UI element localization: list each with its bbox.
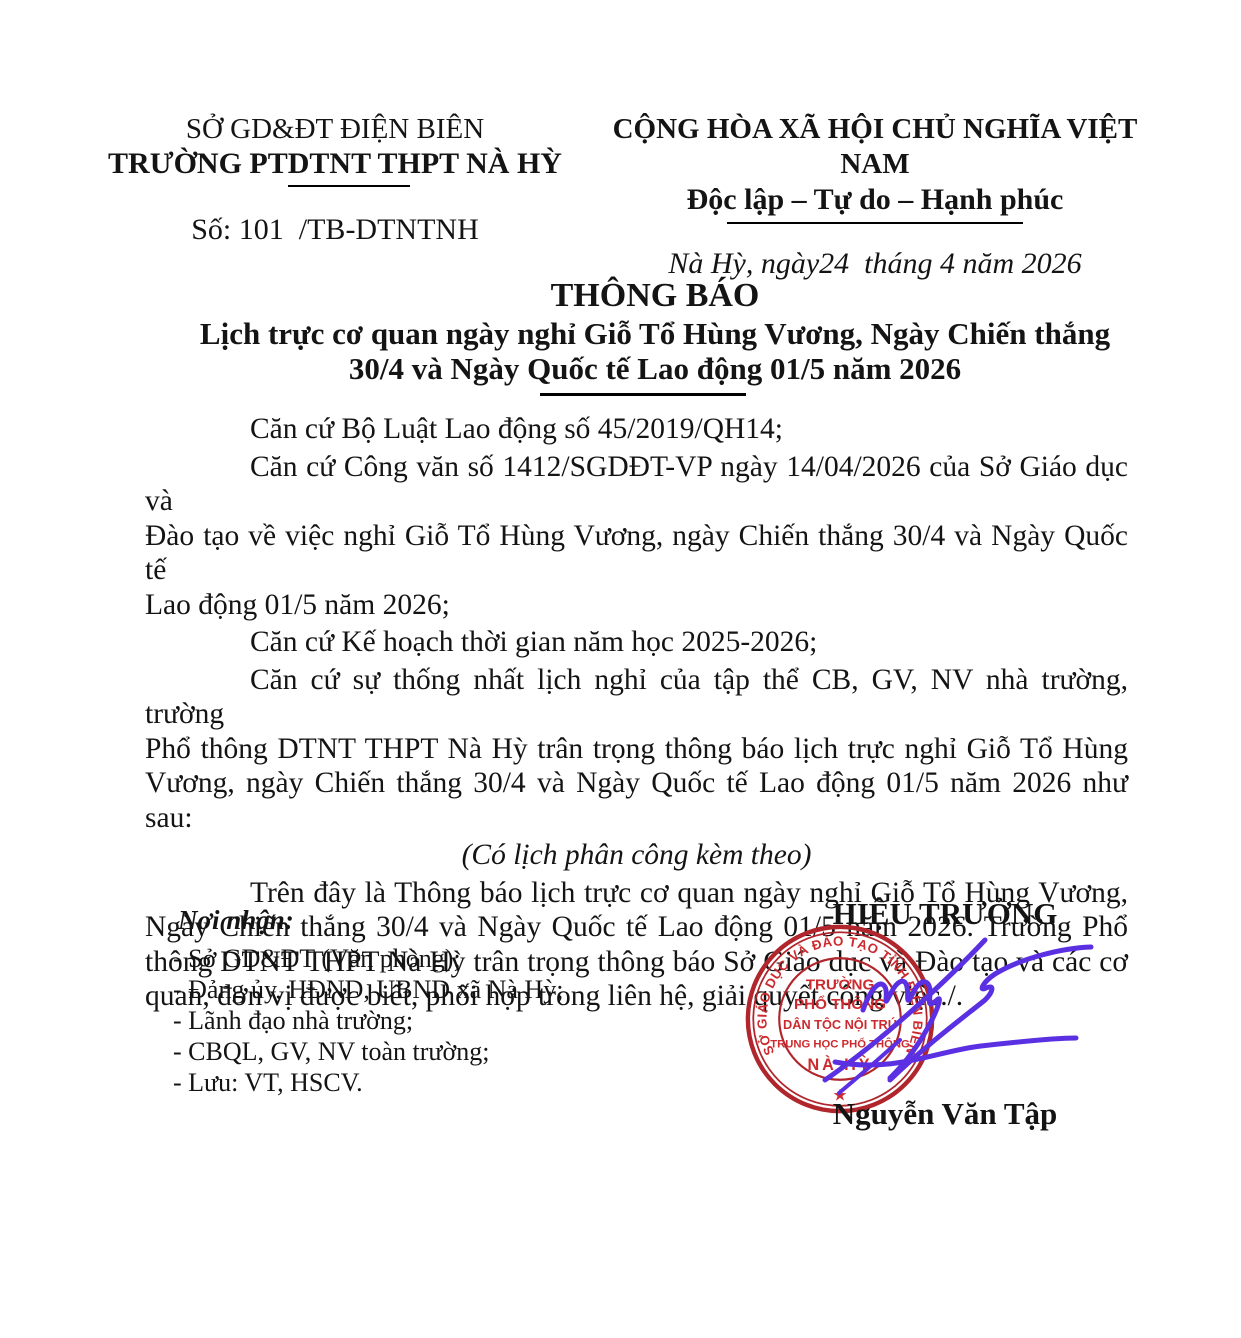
body-line: Căn cứ sự thống nhất lịch nghỉ của tập t… — [145, 663, 1128, 732]
paragraph: Căn cứ Kế hoạch thời gian năm học 2025-2… — [145, 625, 1128, 660]
recipients-label: Nơi nhận: — [178, 905, 563, 936]
body-line: Căn cứ Kế hoạch thời gian năm học 2025-2… — [145, 625, 1128, 660]
document-subtitle-line1: Lịch trực cơ quan ngày nghỉ Giỗ Tổ Hùng … — [160, 316, 1150, 351]
signer-name: Nguyễn Văn Tập — [770, 1096, 1120, 1132]
title-underline — [540, 393, 746, 396]
paragraph: Căn cứ sự thống nhất lịch nghỉ của tập t… — [145, 663, 1128, 836]
recipient-line: - Lưu: VT, HSCV. — [173, 1067, 563, 1098]
title-block: THÔNG BÁO Lịch trực cơ quan ngày nghỉ Gi… — [160, 276, 1150, 396]
document-number: Số: 101 /TB-DTNTNH — [100, 213, 570, 247]
body-line: Lao động 01/5 năm 2026; — [145, 588, 1128, 623]
country-motto-line1: CỘNG HÒA XÃ HỘI CHỦ NGHĨA VIỆT NAM — [585, 112, 1165, 182]
document-subtitle-line2: 30/4 và Ngày Quốc tế Lao động 01/5 năm 2… — [160, 351, 1150, 386]
country-motto-line2: Độc lập – Tự do – Hạnh phúc — [585, 182, 1165, 217]
school-name: TRƯỜNG PTDTNT THPT NÀ HỲ — [100, 146, 570, 181]
recipient-line: - Đảng ủy, HĐND, UBND xã Nà Hỳ; — [173, 974, 563, 1005]
body-line: (Có lịch phân công kèm theo) — [145, 838, 1128, 873]
body-line: Đào tạo về việc nghỉ Giỗ Tổ Hùng Vương, … — [145, 519, 1128, 588]
motto-underline — [727, 222, 1023, 224]
recipient-line: - Sở GD&ĐT (Văn phòng); — [173, 943, 563, 974]
recipient-line: - CBQL, GV, NV toàn trường; — [173, 1036, 563, 1067]
parent-agency-name: SỞ GD&ĐT ĐIỆN BIÊN — [100, 112, 570, 146]
agency-underline — [288, 185, 410, 187]
signature-scrawl-icon — [795, 930, 1095, 1110]
national-header-block: CỘNG HÒA XÃ HỘI CHỦ NGHĨA VIỆT NAM Độc l… — [585, 112, 1165, 281]
body-line: Phổ thông DTNT THPT Nà Hỳ trân trọng thô… — [145, 732, 1128, 767]
issuing-agency-block: SỞ GD&ĐT ĐIỆN BIÊN TRƯỜNG PTDTNT THPT NÀ… — [100, 112, 570, 247]
recipients-list: - Sở GD&ĐT (Văn phòng);- Đảng ủy, HĐND, … — [173, 943, 563, 1098]
recipients-block: Nơi nhận: - Sở GD&ĐT (Văn phòng);- Đảng … — [173, 905, 563, 1098]
recipient-line: - Lãnh đạo nhà trường; — [173, 1005, 563, 1036]
body-line: Căn cứ Bộ Luật Lao động số 45/2019/QH14; — [145, 412, 1128, 447]
body-line: Vương, ngày Chiến thắng 30/4 và Ngày Quố… — [145, 766, 1128, 835]
official-document-page: SỞ GD&ĐT ĐIỆN BIÊN TRƯỜNG PTDTNT THPT NÀ… — [0, 0, 1241, 1338]
body-line: Căn cứ Công văn số 1412/SGDĐT-VP ngày 14… — [145, 450, 1128, 519]
paragraph: Căn cứ Công văn số 1412/SGDĐT-VP ngày 14… — [145, 450, 1128, 623]
paragraph: (Có lịch phân công kèm theo) — [145, 838, 1128, 873]
document-type-title: THÔNG BÁO — [160, 276, 1150, 316]
paragraph: Căn cứ Bộ Luật Lao động số 45/2019/QH14; — [145, 412, 1128, 447]
